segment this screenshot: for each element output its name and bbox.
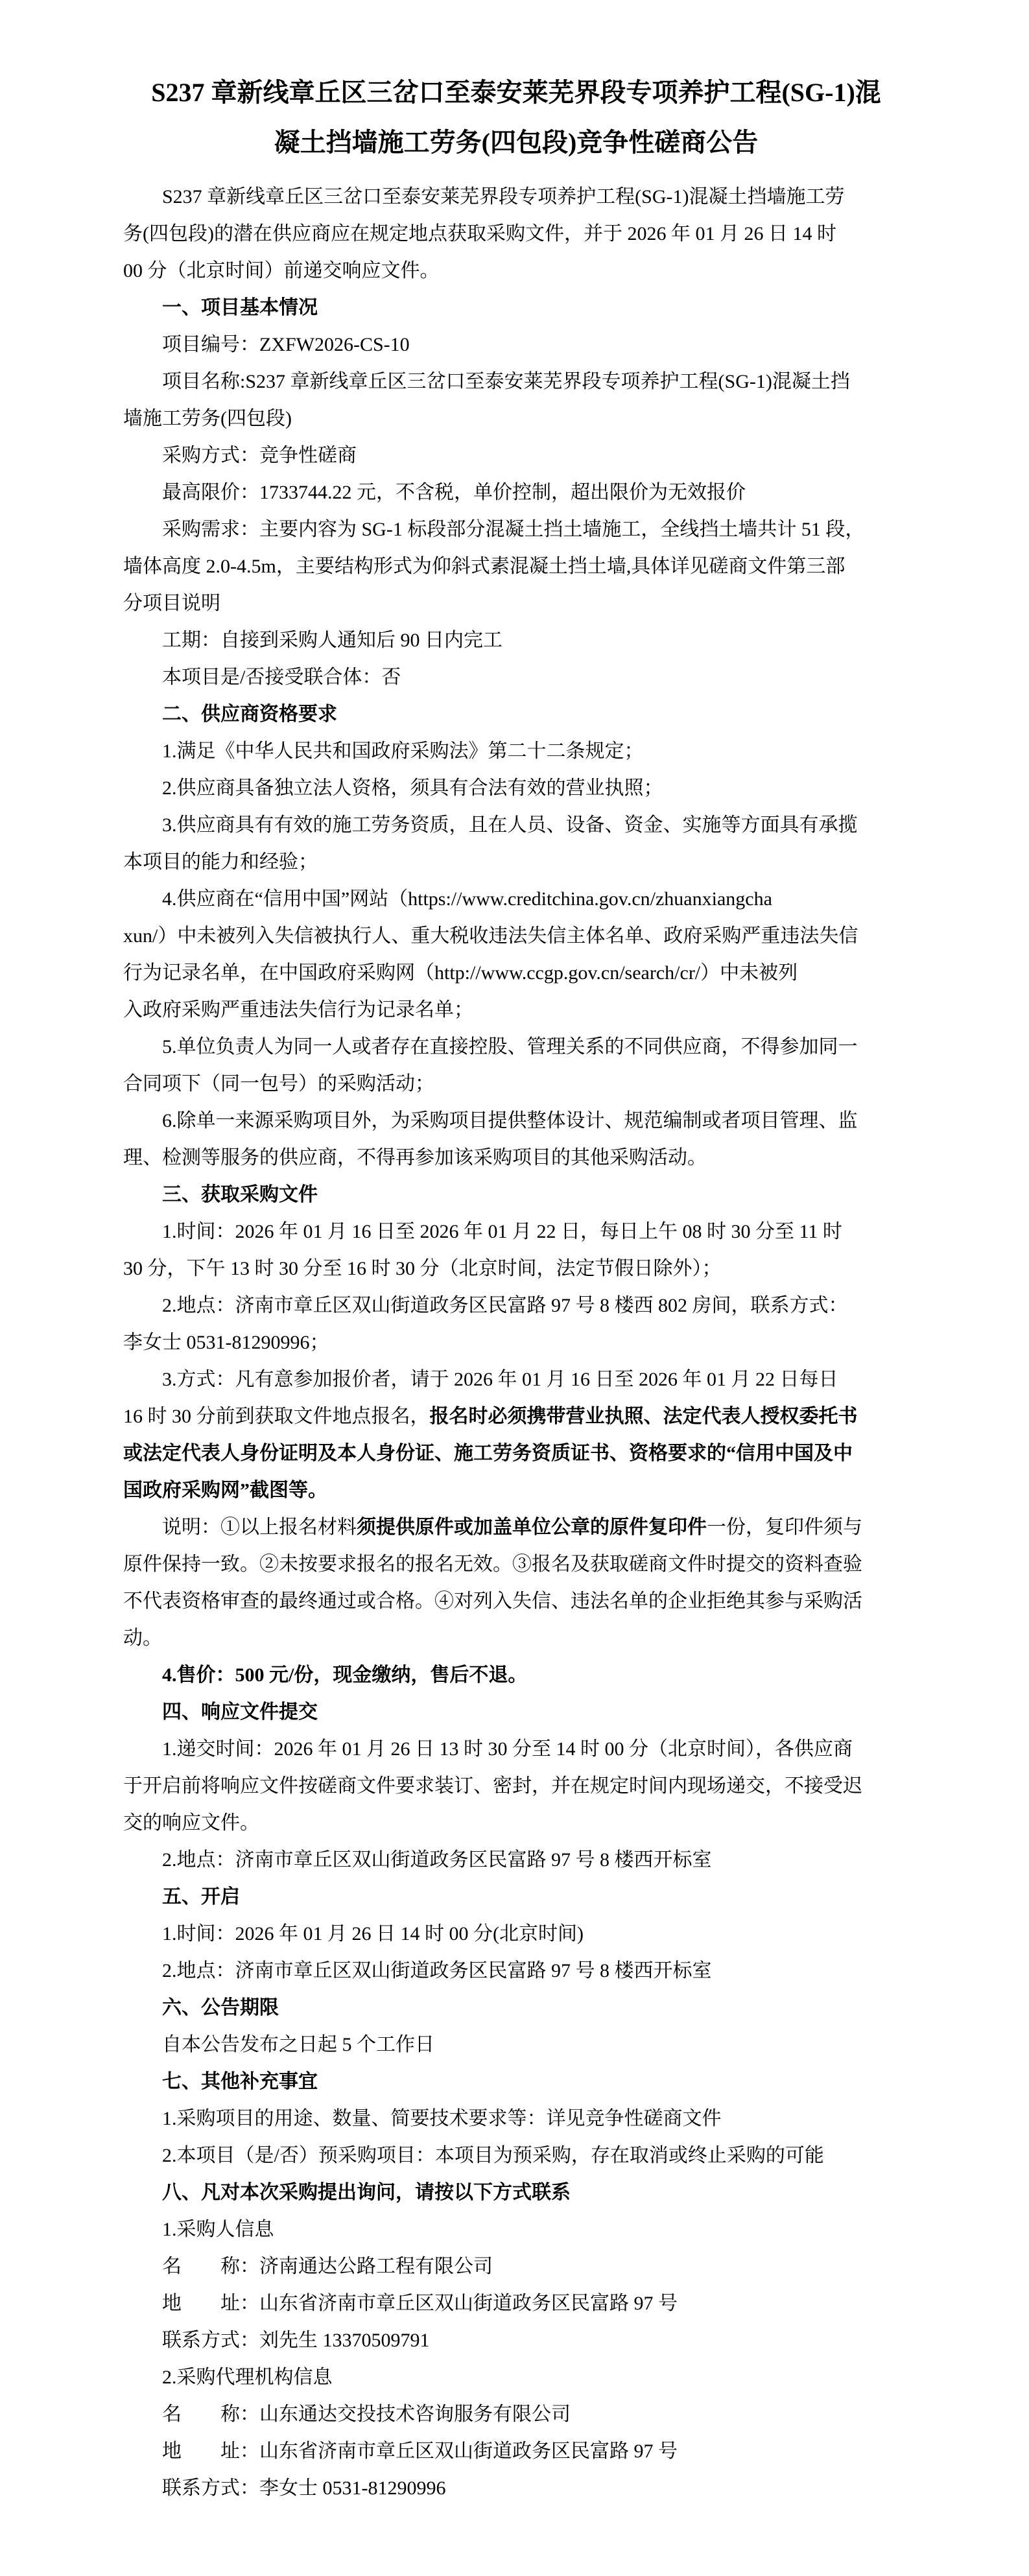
text-run: 动。 [123,1627,162,1649]
text-run: 联系方式：李女士 0531-81290996 [162,2477,446,2499]
text-run: 原件保持一致。②未按要求报名的报名无效。③报名及获取磋商文件时提交的资料查验 [123,1554,862,1575]
section-heading: 三、获取采购文件 [123,1176,909,1213]
doc-line: 分项目说明 [123,585,909,622]
text-run: 1.时间：2026 年 01 月 16 日至 2026 年 01 月 22 日，… [162,1221,842,1242]
section-heading: 一、项目基本情况 [123,289,909,326]
text-run: 名 称：济南通达公路工程有限公司 [162,2256,493,2277]
doc-line: 6.除单一来源采购项目外，为采购项目提供整体设计、规范编制或者项目管理、监 [123,1102,909,1139]
text-run: 一份，复印件须与 [707,1517,862,1538]
doc-line: 项目名称:S237 章新线章丘区三岔口至泰安莱芜界段专项养护工程(SG-1)混凝… [123,363,909,400]
text-run: 八、凡对本次采购提出询问，请按以下方式联系 [162,2182,571,2203]
doc-line: 16 时 30 分前到获取文件地点报名，报名时必须携带营业执照、法定代表人授权委… [123,1398,909,1435]
text-run: 行为记录名单，在中国政府采购网（http://www.ccgp.gov.cn/s… [123,962,798,984]
text-run: 工期：自接到采购人通知后 90 日内完工 [162,630,503,651]
doc-line: 本项目的能力和经验； [123,844,909,880]
text-run: 合同项下（同一包号）的采购活动； [123,1073,434,1094]
text-run: 项目名称:S237 章新线章丘区三岔口至泰安莱芜界段专项养护工程(SG-1)混凝… [162,371,850,392]
doc-line: 00 分（北京时间）前递交响应文件。 [123,252,909,289]
text-run: 墙体高度 2.0-4.5m，主要结构形式为仰斜式素混凝土挡土墙,具体详见磋商文件… [123,556,845,577]
text-run: 分项目说明 [123,593,220,614]
text-run: 2.本项目（是/否）预采购项目：本项目为预采购，存在取消或终止采购的可能 [162,2145,824,2166]
text-run: 理、检测等服务的供应商，不得再参加该采购项目的其他采购活动。 [123,1147,707,1168]
text-run: 1.满足《中华人民共和国政府采购法》第二十二条规定； [162,740,644,762]
doc-line: 本项目是/否接受联合体：否 [123,659,909,696]
doc-line: 3.供应商具有有效的施工劳务资质，且在人员、设备、资金、实施等方面具有承揽 [123,807,909,844]
text-run: 报名时必须携带营业执照、法定代表人授权委托书 [430,1406,858,1427]
section-heading: 二、供应商资格要求 [123,696,909,733]
text-run: 墙施工劳务(四包段) [123,408,292,429]
doc-line: 不代表资格审查的最终通过或合格。④对列入失信、违法名单的企业拒绝其参与采购活 [123,1583,909,1620]
text-run: 交的响应文件。 [123,1812,259,1834]
text-run: 4.供应商在“信用中国”网站（https://www.creditchina.g… [162,888,772,910]
text-run: 1.时间：2026 年 01 月 26 日 14 时 00 分(北京时间) [162,1923,584,1944]
doc-line: 联系方式：李女士 0531-81290996 [123,2470,909,2507]
doc-line: 名 称：山东通达交投技术咨询服务有限公司 [123,2396,909,2433]
text-run: 采购方式：竞争性磋商 [162,445,357,466]
text-run: 16 时 30 分前到获取文件地点报名， [123,1406,430,1427]
text-run: 国政府采购网”截图等。 [123,1480,327,1501]
doc-line: 2.供应商具备独立法人资格，须具有合法有效的营业执照； [123,770,909,807]
doc-line: 1.满足《中华人民共和国政府采购法》第二十二条规定； [123,733,909,770]
text-run: 联系方式：刘先生 13370509791 [162,2330,430,2351]
document-title-line: 凝土挡墙施工劳务(四包段)竞争性磋商公告 [123,117,909,167]
document-title: S237 章新线章丘区三岔口至泰安莱芜界段专项养护工程(SG-1)混凝土挡墙施工… [123,67,909,167]
text-run: 地 址：山东省济南市章丘区双山街道政务区民富路 97 号 [162,2293,678,2314]
text-run: 2.地点：济南市章丘区双山街道政务区民富路 97 号 8 楼西开标室 [162,1960,712,1981]
doc-line: 李女士 0531-81290996； [123,1324,909,1361]
doc-line: 动。 [123,1620,909,1657]
text-run: 不代表资格审查的最终通过或合格。④对列入失信、违法名单的企业拒绝其参与采购活 [123,1590,862,1612]
doc-line: 1.递交时间：2026 年 01 月 26 日 13 时 30 分至 14 时 … [123,1731,909,1767]
doc-line: 3.方式：凡有意参加报价者，请于 2026 年 01 月 16 日至 2026 … [123,1361,909,1398]
section-heading: 七、其他补充事宜 [123,2063,909,2100]
text-run: 1.采购人信息 [162,2219,274,2240]
doc-line: 项目编号：ZXFW2026-CS-10 [123,326,909,363]
section-heading: 八、凡对本次采购提出询问，请按以下方式联系 [123,2174,909,2211]
text-run: 本项目是/否接受联合体：否 [162,667,401,688]
doc-line: 国政府采购网”截图等。 [123,1472,909,1509]
doc-line: 1.采购人信息 [123,2211,909,2248]
text-run: 三、获取采购文件 [162,1184,318,1205]
text-run: 五、开启 [162,1886,240,1908]
text-run: 说明：①以上报名材料 [162,1517,357,1538]
section-heading: 六、公告期限 [123,1989,909,2026]
text-run: 3.供应商具有有效的施工劳务资质，且在人员、设备、资金、实施等方面具有承揽 [162,814,858,836]
section-heading: 五、开启 [123,1878,909,1915]
text-run: 地 址：山东省济南市章丘区双山街道政务区民富路 97 号 [162,2440,678,2462]
doc-line: 2.本项目（是/否）预采购项目：本项目为预采购，存在取消或终止采购的可能 [123,2137,909,2174]
text-run: 5.单位负责人为同一人或者存在直接控股、管理关系的不同供应商，不得参加同一 [162,1036,858,1058]
text-run: 2.地点：济南市章丘区双山街道政务区民富路 97 号 8 楼西 802 房间，联… [162,1295,848,1316]
doc-line: 交的响应文件。 [123,1804,909,1841]
doc-line: S237 章新线章丘区三岔口至泰安莱芜界段专项养护工程(SG-1)混凝土挡墙施工… [123,178,909,215]
text-run: 于开启前将响应文件按磋商文件要求装订、密封，并在规定时间内现场递交，不接受迟 [123,1775,862,1797]
text-run: 二、供应商资格要求 [162,703,337,725]
text-run: 采购需求：主要内容为 SG-1 标段部分混凝土挡土墙施工，全线挡土墙共计 51 … [162,519,864,540]
doc-line: 2.地点：济南市章丘区双山街道政务区民富路 97 号 8 楼西 802 房间，联… [123,1287,909,1324]
doc-line: 理、检测等服务的供应商，不得再参加该采购项目的其他采购活动。 [123,1139,909,1176]
text-run: 入政府采购严重违法失信行为记录名单； [123,999,473,1021]
doc-line: 30 分，下午 13 时 30 分至 16 时 30 分（北京时间，法定节假日除… [123,1250,909,1287]
text-run: 务(四包段)的潜在供应商应在规定地点获取采购文件，并于 2026 年 01 月 … [123,223,836,244]
doc-line: 1.采购项目的用途、数量、简要技术要求等：详见竞争性磋商文件 [123,2100,909,2137]
text-run: 本项目的能力和经验； [123,851,318,873]
text-run: 30 分，下午 13 时 30 分至 16 时 30 分（北京时间，法定节假日除… [123,1258,722,1279]
text-run: 一、项目基本情况 [162,297,318,318]
doc-line: 2.地点：济南市章丘区双山街道政务区民富路 97 号 8 楼西开标室 [123,1841,909,1878]
doc-line: 4.售价：500 元/份，现金缴纳，售后不退。 [123,1657,909,1694]
doc-line: xun/）中未被列入失信被执行人、重大税收违法失信主体名单、政府采购严重违法失信 [123,917,909,954]
text-run: 七、其他补充事宜 [162,2071,318,2092]
doc-line: 墙施工劳务(四包段) [123,400,909,437]
doc-line: 说明：①以上报名材料须提供原件或加盖单位公章的原件复印件一份，复印件须与 [123,1509,909,1546]
text-run: 李女士 0531-81290996； [123,1332,329,1353]
doc-line: 于开启前将响应文件按磋商文件要求装订、密封，并在规定时间内现场递交，不接受迟 [123,1767,909,1804]
text-run: 4.售价：500 元/份，现金缴纳，售后不退。 [162,1664,527,1686]
doc-line: 工期：自接到采购人通知后 90 日内完工 [123,622,909,659]
text-run: 自本公告发布之日起 5 个工作日 [162,2034,434,2055]
text-run: 2.供应商具备独立法人资格，须具有合法有效的营业执照； [162,777,663,799]
text-run: 3.方式：凡有意参加报价者，请于 2026 年 01 月 16 日至 2026 … [162,1369,838,1390]
text-run: 1.采购项目的用途、数量、简要技术要求等：详见竞争性磋商文件 [162,2108,722,2129]
doc-line: 采购方式：竞争性磋商 [123,437,909,474]
doc-line: 或法定代表人身份证明及本人身份证、施工劳务资质证书、资格要求的“信用中国及中 [123,1435,909,1472]
doc-line: 务(四包段)的潜在供应商应在规定地点获取采购文件，并于 2026 年 01 月 … [123,215,909,252]
doc-line: 地 址：山东省济南市章丘区双山街道政务区民富路 97 号 [123,2285,909,2322]
text-run: 项目编号：ZXFW2026-CS-10 [162,334,410,355]
doc-line: 采购需求：主要内容为 SG-1 标段部分混凝土挡土墙施工，全线挡土墙共计 51 … [123,511,909,548]
doc-line: 墙体高度 2.0-4.5m，主要结构形式为仰斜式素混凝土挡土墙,具体详见磋商文件… [123,548,909,585]
text-run: S237 章新线章丘区三岔口至泰安莱芜界段专项养护工程(SG-1)混凝土挡墙施工… [162,186,845,207]
doc-line: 入政府采购严重违法失信行为记录名单； [123,991,909,1028]
text-run: 四、响应文件提交 [162,1701,318,1723]
doc-line: 原件保持一致。②未按要求报名的报名无效。③报名及获取磋商文件时提交的资料查验 [123,1546,909,1583]
doc-line: 1.时间：2026 年 01 月 26 日 14 时 00 分(北京时间) [123,1915,909,1952]
document-body: S237 章新线章丘区三岔口至泰安莱芜界段专项养护工程(SG-1)混凝土挡墙施工… [123,178,909,2507]
text-run: 6.除单一来源采购项目外，为采购项目提供整体设计、规范编制或者项目管理、监 [162,1110,858,1131]
text-run: 或法定代表人身份证明及本人身份证、施工劳务资质证书、资格要求的“信用中国及中 [123,1443,853,1464]
doc-line: 4.供应商在“信用中国”网站（https://www.creditchina.g… [123,880,909,917]
text-run: 00 分（北京时间）前递交响应文件。 [123,260,440,281]
document-page: S237 章新线章丘区三岔口至泰安莱芜界段专项养护工程(SG-1)混凝土挡墙施工… [0,0,1029,2576]
doc-line: 行为记录名单，在中国政府采购网（http://www.ccgp.gov.cn/s… [123,954,909,991]
text-run: 名 称：山东通达交投技术咨询服务有限公司 [162,2404,571,2425]
doc-line: 地 址：山东省济南市章丘区双山街道政务区民富路 97 号 [123,2433,909,2470]
doc-line: 5.单位负责人为同一人或者存在直接控股、管理关系的不同供应商，不得参加同一 [123,1028,909,1065]
doc-line: 2.采购代理机构信息 [123,2359,909,2396]
text-run: 最高限价：1733744.22 元，不含税，单价控制，超出限价为无效报价 [162,482,746,503]
text-run: 2.采购代理机构信息 [162,2367,333,2388]
document-title-line: S237 章新线章丘区三岔口至泰安莱芜界段专项养护工程(SG-1)混 [123,67,909,117]
doc-line: 合同项下（同一包号）的采购活动； [123,1065,909,1102]
text-run: 1.递交时间：2026 年 01 月 26 日 13 时 30 分至 14 时 … [162,1738,853,1760]
doc-line: 联系方式：刘先生 13370509791 [123,2322,909,2359]
section-heading: 四、响应文件提交 [123,1694,909,1731]
doc-line: 1.时间：2026 年 01 月 16 日至 2026 年 01 月 22 日，… [123,1213,909,1250]
doc-line: 名 称：济南通达公路工程有限公司 [123,2248,909,2285]
text-run: xun/）中未被列入失信被执行人、重大税收违法失信主体名单、政府采购严重违法失信 [123,925,858,947]
text-run: 须提供原件或加盖单位公章的原件复印件 [357,1517,707,1538]
text-run: 六、公告期限 [162,1997,279,2018]
doc-line: 2.地点：济南市章丘区双山街道政务区民富路 97 号 8 楼西开标室 [123,1952,909,1989]
doc-line: 自本公告发布之日起 5 个工作日 [123,2026,909,2063]
text-run: 2.地点：济南市章丘区双山街道政务区民富路 97 号 8 楼西开标室 [162,1849,712,1871]
doc-line: 最高限价：1733744.22 元，不含税，单价控制，超出限价为无效报价 [123,474,909,511]
